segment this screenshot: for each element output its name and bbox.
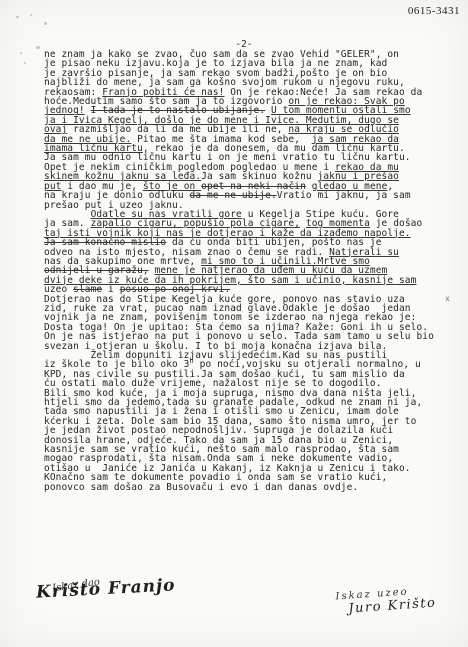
signature-left-name: Krišto Franjo (36, 575, 176, 602)
scan-speck (24, 62, 26, 64)
text-line: ponovco sam došao za Busovaču i evo i da… (44, 483, 454, 492)
margin-x-mark: x (445, 294, 450, 303)
scan-speck (20, 52, 22, 54)
scan-speck (16, 16, 19, 18)
signature-right: Iskaz uzeo Juro Krišto (335, 585, 437, 618)
scan-speck (44, 22, 47, 25)
scan-speck (30, 14, 32, 16)
body-text: ne znam ja kako se zvao, čuo sam da se z… (44, 50, 454, 492)
signature-left: Iskaz dao Krišto Franjo (36, 573, 176, 602)
document-number: 0615-3431 (408, 5, 460, 17)
scan-speck (36, 46, 40, 49)
document-page: 0615-3431 -2- ne znam ja kako se zvao, č… (0, 0, 468, 647)
